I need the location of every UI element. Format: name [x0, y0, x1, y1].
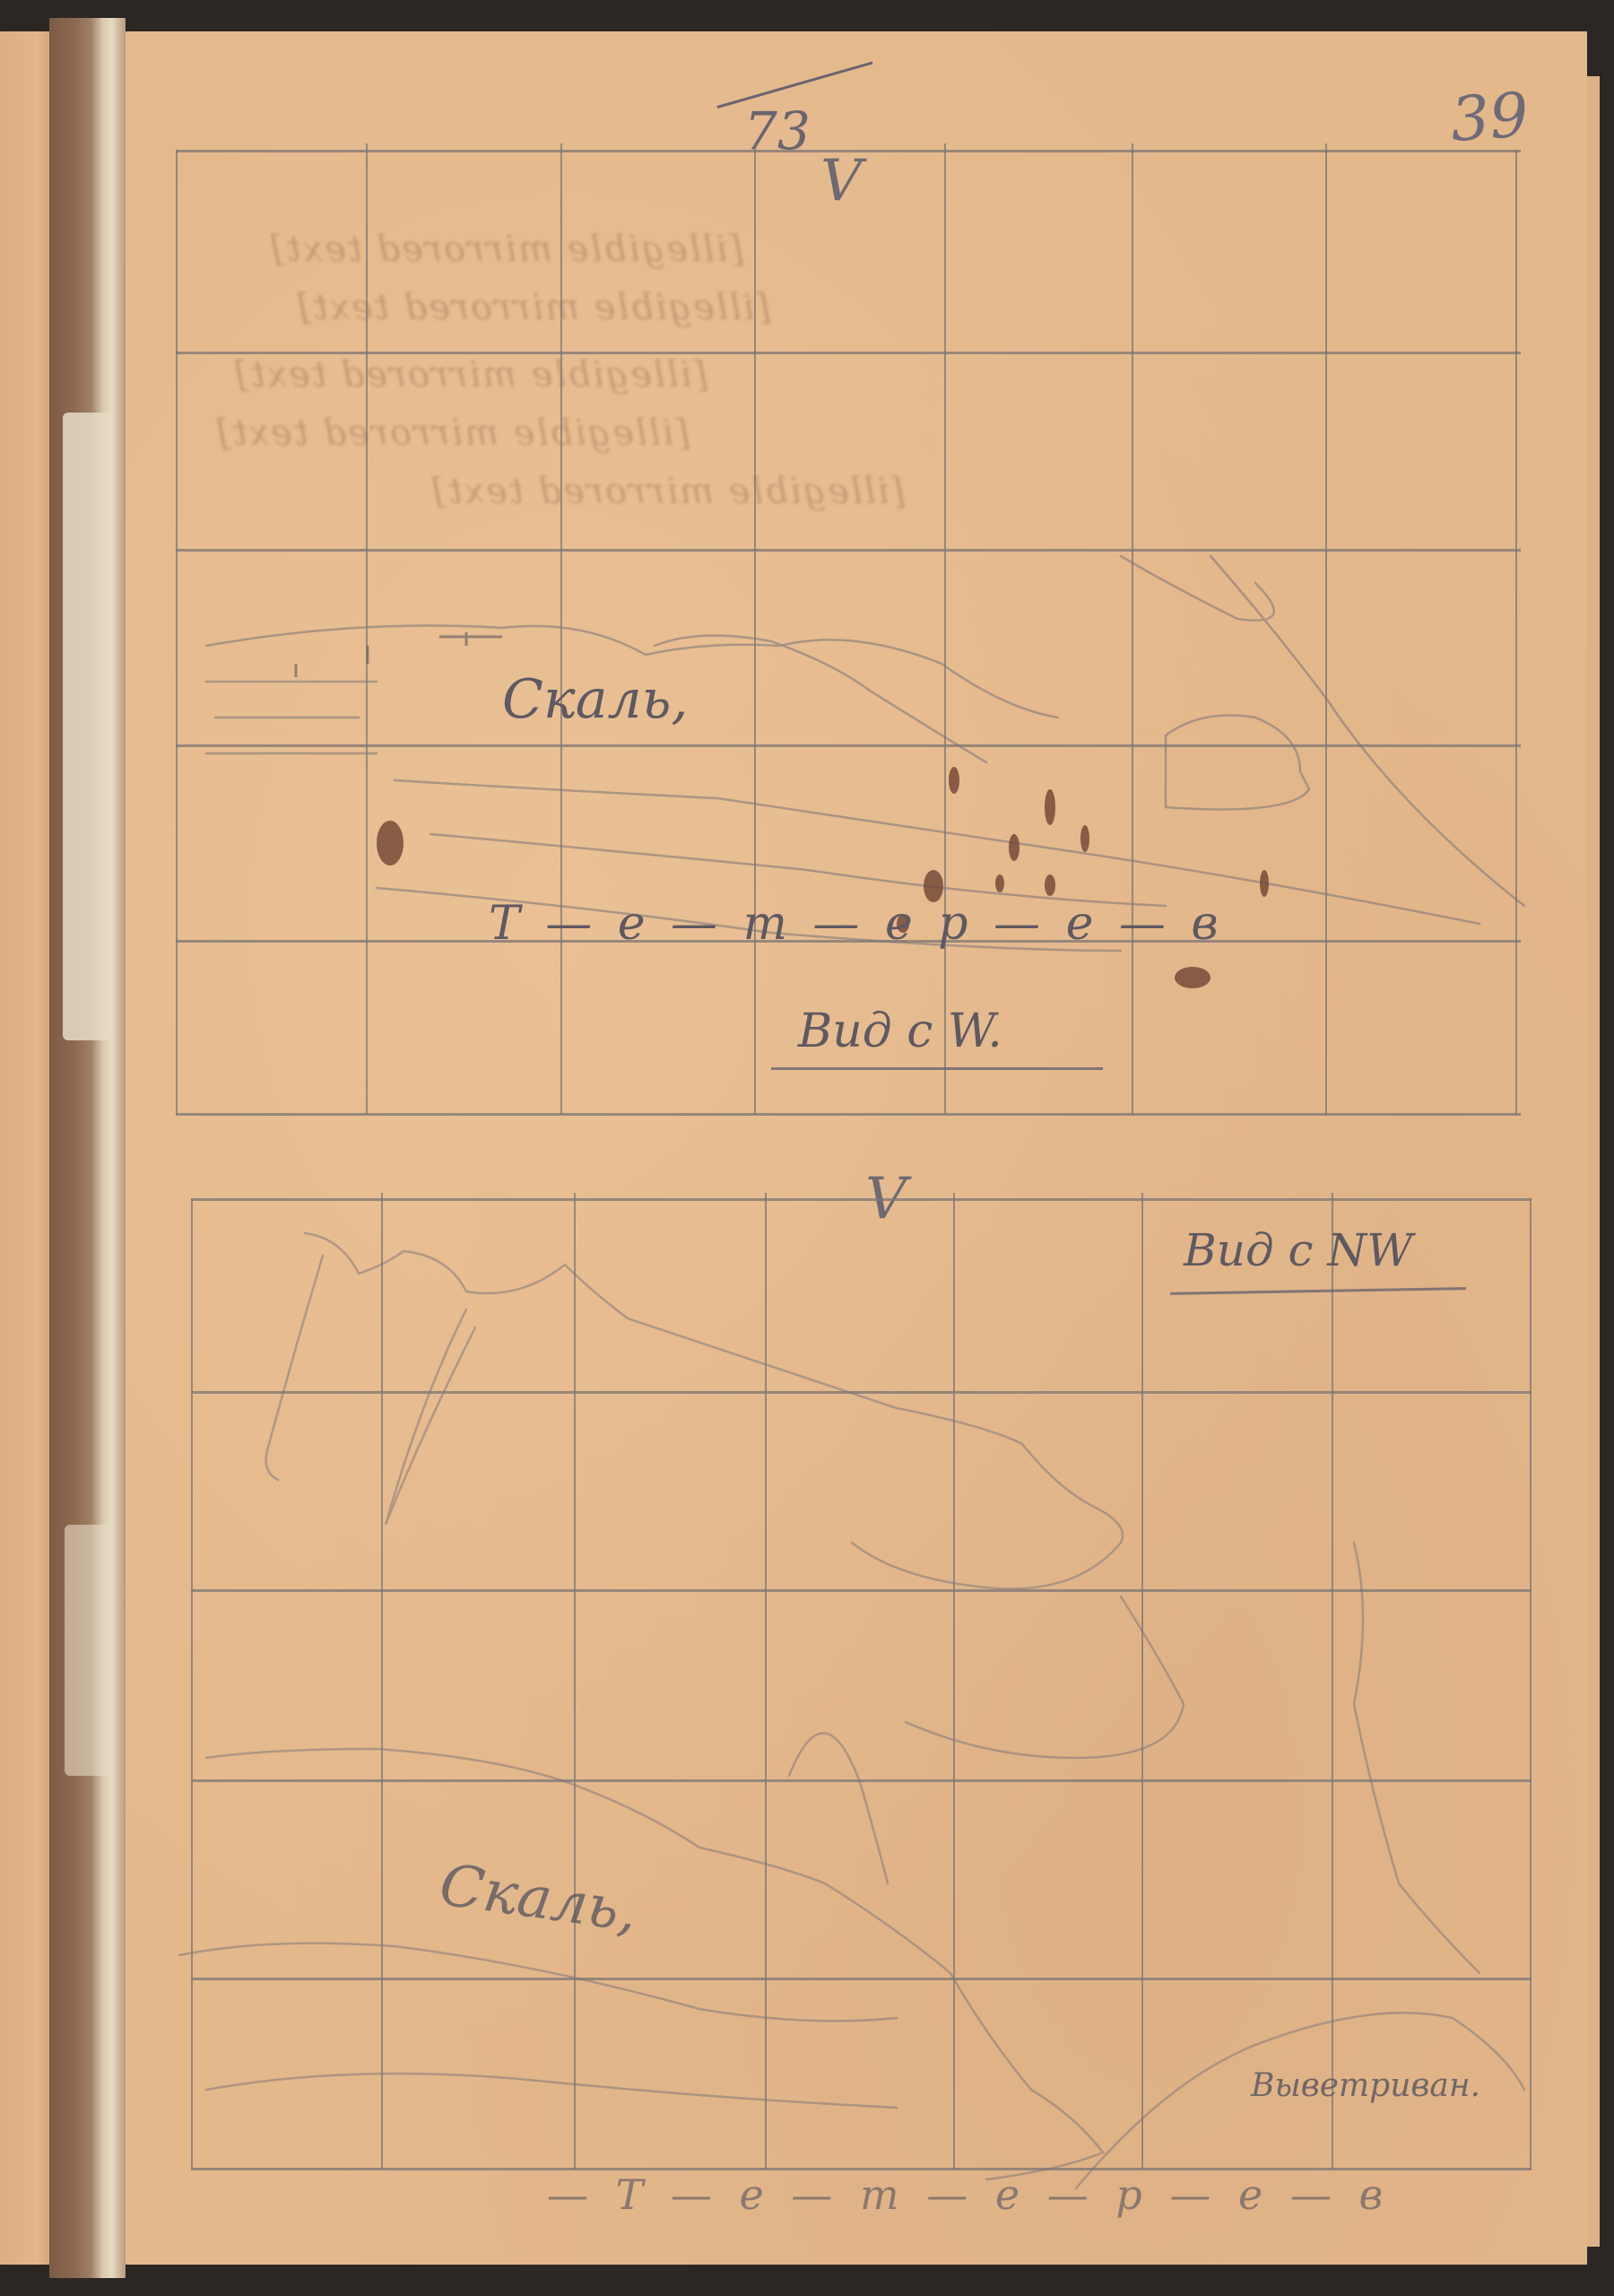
top-rocks-label: Скаль,	[502, 668, 688, 731]
top-view-label: Вид с W.	[798, 1004, 1002, 1058]
facing-page-edge	[0, 31, 54, 2265]
page-number: 39	[1448, 80, 1531, 156]
bottom-river-label: — Т — е — т — е — р — е — в	[547, 2170, 1390, 2219]
spine-wear	[65, 1525, 114, 1776]
view-underline	[771, 1067, 1103, 1070]
spine-wear	[63, 413, 112, 1040]
bottom-note-label: Выветриван.	[1251, 2067, 1480, 2104]
book-spine	[49, 18, 126, 2278]
bottom-view-label: Вид с NW	[1184, 1224, 1413, 1276]
top-river-label: Т — е — т — е р — е — в	[489, 897, 1224, 951]
top-sketch-mark: V	[820, 148, 862, 214]
